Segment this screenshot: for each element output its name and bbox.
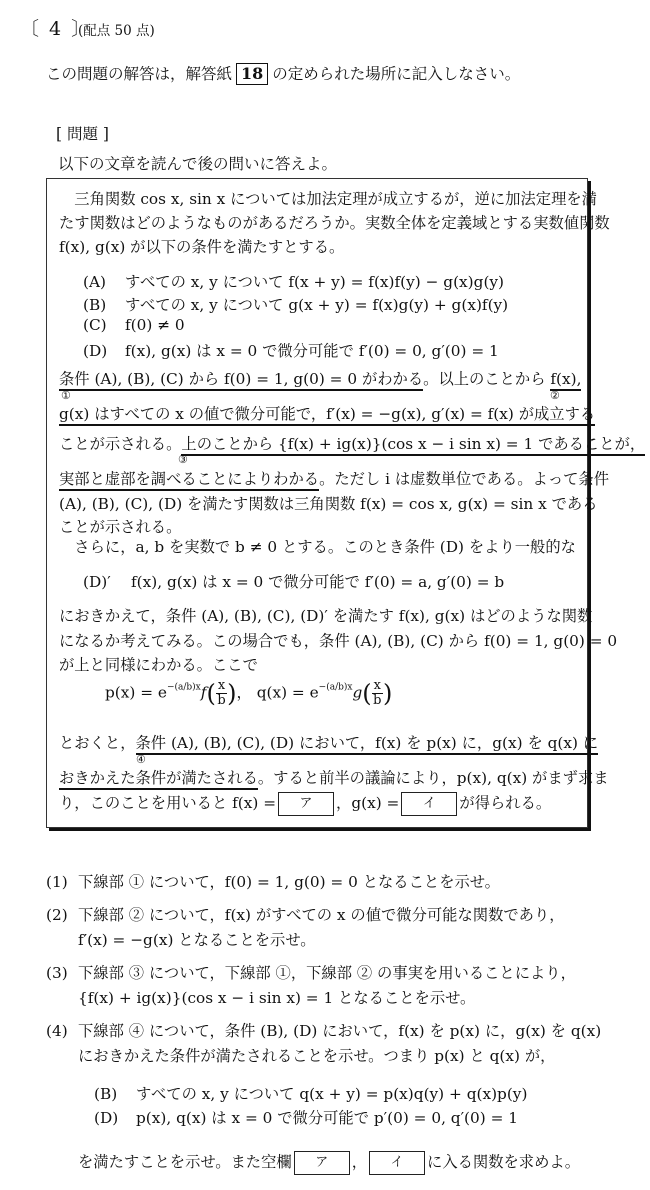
question-number: (1): [46, 873, 78, 891]
condition-text: f(x), g(x) は x = 0 で微分可能で f′(0) = 0, g′(…: [125, 342, 499, 360]
points-label: (配点 50 点): [78, 19, 155, 39]
instruction-text-before: この問題の解答は，解答紙: [46, 65, 232, 83]
definition-formula: p(x) = e−(a/b)xf(xb)， q(x) = e−(a/b)xg(x…: [105, 679, 392, 708]
paren-close: ): [227, 680, 236, 708]
q4-condition-d: (D)p(x), q(x) は x = 0 で微分可能で p′(0) = 0, …: [94, 1106, 518, 1128]
para5-line-3: り，このことを用いると f(x) =ア，g(x) =イが得られる。: [59, 791, 551, 816]
marker-3: ③: [178, 453, 188, 466]
question-1: (1)下線部 ① について，f(0) = 1, g(0) = 0 となることを示…: [46, 870, 500, 892]
condition-c: (C)f(0) ≠ 0: [83, 316, 185, 334]
para3: さらに，a, b を実数で b ≠ 0 とする。このとき条件 (D) をより一般…: [59, 535, 576, 557]
underline-2-start: f(x),: [550, 370, 581, 391]
question-number: (2): [46, 906, 78, 924]
condition-a: (A)すべての x, y について f(x + y) = f(x)f(y) − …: [83, 270, 504, 292]
para2-line-2: g(x) はすべての x の値で微分可能で，f′(x) = −g(x), g′(…: [59, 402, 595, 424]
fraction: xb: [372, 679, 383, 708]
condition-label: (D): [94, 1109, 136, 1127]
separator: ，: [237, 684, 252, 702]
marker-1: ①: [61, 389, 71, 402]
section-label: [ 問題 ]: [56, 122, 109, 144]
p-lhs: p(x) = e: [105, 684, 167, 702]
passage-frame: 三角関数 cos x, sin x については加法定理が成立するが，逆に加法定理…: [46, 178, 588, 828]
plain-text: ，g(x) =: [336, 794, 399, 812]
condition-text: すべての x, y について g(x + y) = f(x)g(y) + g(x…: [125, 296, 508, 314]
question-text: 下線部 ① について，f(0) = 1, g(0) = 0 となることを示せ。: [78, 873, 500, 891]
q4-tail: を満たすことを示せ。また空欄ア，イに入る関数を求めよ。: [78, 1150, 580, 1175]
q4-condition-b: (B)すべての x, y について q(x + y) = p(x)q(y) + …: [94, 1082, 527, 1104]
para2-line-5: (A), (B), (C), (D) を満たす関数は三角関数 f(x) = co…: [59, 492, 598, 514]
intro-line-1: 三角関数 cos x, sin x については加法定理が成立するが，逆に加法定理…: [59, 187, 597, 209]
q-lhs: q(x) = e: [257, 684, 319, 702]
para4-line-3: が上と同様にわかる。ここで: [59, 653, 258, 675]
question-3-line-2: {f(x) + ig(x)}(cos x − i sin x) = 1 となるこ…: [78, 986, 475, 1008]
underline-3: 上のことから {f(x) + ig(x)}(cos x − i sin x) =…: [181, 435, 645, 456]
para4-line-2: になるか考えてみる。この場合でも，条件 (A), (B), (C) から f(0…: [59, 629, 617, 651]
condition-label: (B): [83, 296, 125, 314]
question-3: (3)下線部 ③ について，下線部 ①，下線部 ② の事実を用いることにより，: [46, 961, 576, 983]
para5-line-2: おきかえた条件が満たされる。すると前半の議論により，p(x), q(x) がまず…: [59, 766, 609, 788]
plain-text: を満たすことを示せ。また空欄: [78, 1153, 292, 1171]
plain-text: とおくと，: [59, 734, 136, 752]
condition-label: (B): [94, 1085, 136, 1103]
condition-b: (B)すべての x, y について g(x + y) = f(x)g(y) + …: [83, 293, 508, 315]
condition-label: (C): [83, 316, 125, 334]
condition-label: (A): [83, 273, 125, 291]
para2-line-3: ことが示される。上のことから {f(x) + ig(x)}(cos x − i …: [59, 432, 645, 454]
plain-text: に入る関数を求めよ。: [427, 1153, 580, 1171]
underline-1: 条件 (A), (B), (C) から f(0) = 1, g(0) = 0 が…: [59, 370, 423, 391]
plain-text: ，: [352, 1153, 367, 1171]
plain-text: が得られる。: [459, 794, 551, 812]
condition-text: すべての x, y について f(x + y) = f(x)f(y) − g(x…: [125, 273, 504, 291]
numerator: x: [372, 679, 383, 694]
question-text: 下線部 ④ について，条件 (B), (D) において，f(x) を p(x) …: [78, 1022, 601, 1040]
condition-label: (D)′: [83, 573, 131, 591]
exponent: −(a/b)x: [319, 683, 353, 693]
blank-i: イ: [369, 1151, 425, 1175]
exponent: −(a/b)x: [167, 683, 201, 693]
intro-line-2: たす関数はどのようなものがあるだろうか。実数全体を定義域とする実数値関数: [59, 211, 610, 233]
question-4: (4)下線部 ④ について，条件 (B), (D) において，f(x) を p(…: [46, 1019, 601, 1041]
numerator: x: [216, 679, 227, 694]
para4-line-1: におきかえて，条件 (A), (B), (C), (D)′ を満たす f(x),…: [59, 604, 592, 626]
lead-text: 以下の文章を読んで後の問いに答えよ。: [58, 152, 337, 174]
plain-text: り，このことを用いると f(x) =: [59, 794, 276, 812]
paren-close: ): [383, 680, 392, 708]
answer-sheet-number: 18: [236, 63, 268, 85]
condition-d: (D)f(x), g(x) は x = 0 で微分可能で f′(0) = 0, …: [83, 339, 499, 361]
instruction-text-after: の定められた場所に記入しなさい。: [272, 65, 520, 83]
plain-text: 。すると前半の議論により，p(x), q(x) がまず求ま: [258, 769, 609, 787]
question-text: 下線部 ② について，f(x) がすべての x の値で微分可能な関数であり，: [78, 906, 565, 924]
underline-3-end: 実部と虚部を調べることによりわかる: [59, 470, 319, 491]
condition-text: すべての x, y について q(x + y) = p(x)q(y) + q(x…: [136, 1085, 527, 1103]
underline-4: 条件 (A), (B), (C), (D) において，f(x) を p(x) に…: [136, 734, 599, 755]
marker-4: ④: [136, 753, 146, 766]
plain-text: 。ただし i は虚数単位である。よって条件: [319, 470, 609, 488]
blank-a: ア: [278, 792, 334, 816]
para2-line-1: 条件 (A), (B), (C) から f(0) = 1, g(0) = 0 が…: [59, 367, 581, 389]
blank-a: ア: [294, 1151, 350, 1175]
question-number: (4): [46, 1022, 78, 1040]
question-2-line-2: f′(x) = −g(x) となることを示せ。: [78, 928, 316, 950]
blank-i: イ: [401, 792, 457, 816]
para2-line-4: 実部と虚部を調べることによりわかる。ただし i は虚数単位である。よって条件: [59, 467, 609, 489]
para2-line-6: ことが示される。: [59, 515, 181, 537]
question-number: (3): [46, 964, 78, 982]
question-2: (2)下線部 ② について，f(x) がすべての x の値で微分可能な関数であり…: [46, 903, 565, 925]
denominator: b: [216, 694, 227, 708]
question-text: 下線部 ③ について，下線部 ①，下線部 ② の事実を用いることにより，: [78, 964, 576, 982]
marker-2: ②: [550, 389, 560, 402]
question-4-line-2: におきかえた条件が満たされることを示せ。つまり p(x) と q(x) が，: [78, 1044, 555, 1066]
condition-d-prime: (D)′f(x), g(x) は x = 0 で微分可能で f′(0) = a,…: [83, 570, 504, 592]
plain-text: ことが示される。: [59, 435, 181, 453]
paren-open: (: [206, 680, 215, 708]
condition-text: p(x), q(x) は x = 0 で微分可能で p′(0) = 0, q′(…: [136, 1109, 518, 1127]
instruction: この問題の解答は，解答紙18の定められた場所に記入しなさい。: [46, 62, 520, 85]
plain-text: 。以上のことから: [423, 370, 550, 388]
condition-text: f(x), g(x) は x = 0 で微分可能で f′(0) = a, g′(…: [131, 573, 504, 591]
paren-open: (: [362, 680, 371, 708]
denominator: b: [372, 694, 383, 708]
underline-4-end: おきかえた条件が満たされる: [59, 769, 258, 790]
g-func: g: [352, 684, 362, 702]
intro-line-3: f(x), g(x) が以下の条件を満たすとする。: [59, 235, 344, 257]
condition-text: f(0) ≠ 0: [125, 316, 185, 334]
para5-line-1: とおくと，条件 (A), (B), (C), (D) において，f(x) を p…: [59, 731, 598, 753]
condition-label: (D): [83, 342, 125, 360]
underline-2: g(x) はすべての x の値で微分可能で，f′(x) = −g(x), g′(…: [59, 405, 595, 426]
fraction: xb: [216, 679, 227, 708]
